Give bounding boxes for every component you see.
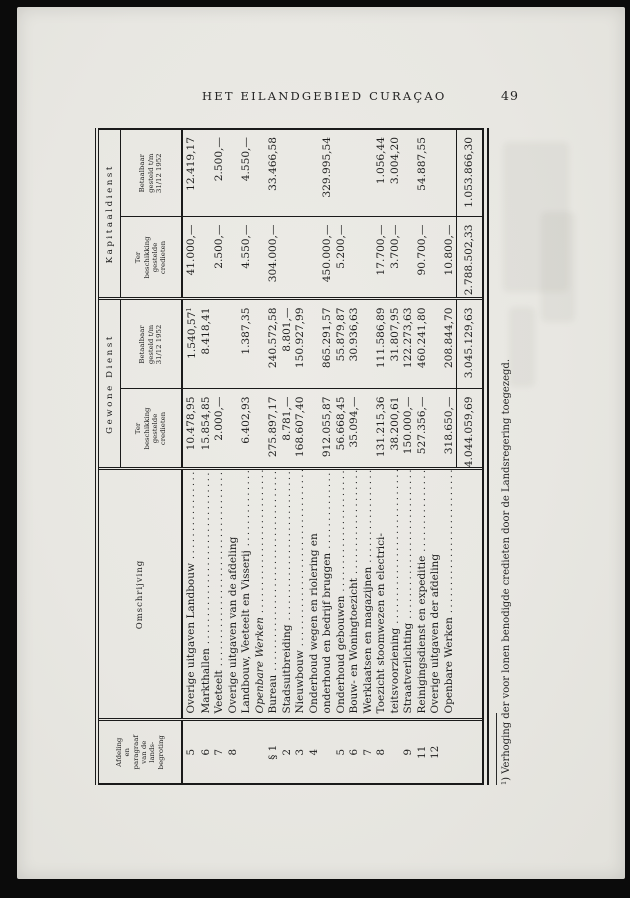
omschrijving-cell: Onderhoud gebouwen......................… xyxy=(335,469,349,720)
total-kapitaal-betaalbaar: 1.053.866,30 xyxy=(457,129,486,217)
amount-cell-gewone-betaalbaar: 208.844,70 xyxy=(443,299,457,389)
column-header-kapitaal-ter-beschikking: Ter beschikking gestelde credieten xyxy=(121,217,183,299)
amount-cell-gewone-betaalbaar: 30.936,63 xyxy=(348,299,362,389)
table-row: 5Overige uitgaven Landbouw..............… xyxy=(182,129,200,784)
afdeling-cell xyxy=(443,720,457,784)
table-row: § 1Bureau...............................… xyxy=(267,129,281,784)
running-head-title: HET EILANDGEBIED CURAÇAO xyxy=(202,89,542,103)
amount-cell-gewone-ter-beschikking: 168.607,40 xyxy=(294,389,308,469)
amount-cell-gewone-ter-beschikking: 912.055,87 xyxy=(321,389,335,469)
amount-cell-kapitaal-betaalbaar xyxy=(362,129,376,217)
table-row: Landbouw, Veeteelt en Visserij..........… xyxy=(240,129,254,784)
table-row: 4Onderhoud wegen en riolering en xyxy=(308,129,322,784)
table-row: 6Bouw- en Woningtoezicht................… xyxy=(348,129,362,784)
bleed-through-smudge xyxy=(541,212,575,322)
amount-cell-kapitaal-ter-beschikking xyxy=(281,217,295,299)
amount-cell-kapitaal-betaalbaar xyxy=(227,129,241,217)
table-row: 2Stadsuitbreiding.......................… xyxy=(281,129,295,784)
amount-cell-gewone-ter-beschikking: 527.356,— xyxy=(416,389,430,469)
amount-cell-kapitaal-betaalbaar xyxy=(429,129,443,217)
column-header-gewone-betaalbaar: Betaalbaar gesteld t/m 31/12 1952 xyxy=(121,299,183,389)
row-label: Onderhoud gebouwen xyxy=(335,596,349,719)
amount-cell-gewone-ter-beschikking: 6.402,93 xyxy=(240,389,254,469)
amount-cell-kapitaal-betaalbaar: 4.550,— xyxy=(240,129,254,217)
column-header-omschrijving: Omschrijving xyxy=(97,469,182,720)
omschrijving-cell: Overige uitgaven Landbouw...............… xyxy=(182,469,200,720)
amount-cell-gewone-ter-beschikking: 8.781,— xyxy=(281,389,295,469)
omschrijving-cell: Nieuwbouw...............................… xyxy=(294,469,308,720)
afdeling-cell: 2 xyxy=(281,720,295,784)
scan-background: { "page": { "header_title": "HET EILANDG… xyxy=(0,0,630,898)
total-kapitaal-ter-beschikking: 2.788.502,33 xyxy=(457,217,486,299)
amount-cell-gewone-betaalbaar xyxy=(362,299,376,389)
amount-cell-kapitaal-betaalbaar xyxy=(348,129,362,217)
amount-cell-kapitaal-betaalbaar xyxy=(200,129,214,217)
afdeling-cell: 3 xyxy=(294,720,308,784)
amount-cell-kapitaal-ter-beschikking: 90.700,— xyxy=(416,217,430,299)
row-label: Werklaatsen en magazijnen xyxy=(362,567,376,719)
dotted-leader: ........................................… xyxy=(335,471,349,596)
amount-cell-gewone-ter-beschikking: 35.094,— xyxy=(348,389,362,469)
table-row: 3Nieuwbouw..............................… xyxy=(294,129,308,784)
amount-cell-kapitaal-ter-beschikking xyxy=(200,217,214,299)
afdeling-cell: 5 xyxy=(335,720,349,784)
amount-cell-gewone-ter-beschikking: 150.000,— xyxy=(402,389,416,469)
column-header-gewone-ter-beschikking: Ter beschikking gestelde credieten xyxy=(121,389,183,469)
row-label: Openbare Werken xyxy=(254,617,268,718)
omschrijving-cell xyxy=(457,469,486,720)
afdeling-cell: § 1 xyxy=(267,720,281,784)
amount-cell-kapitaal-ter-beschikking: 2.500,— xyxy=(213,217,227,299)
amount-cell-gewone-betaalbaar: 460.241,80 xyxy=(416,299,430,389)
column-header-kapitaal-betaalbaar: Betaalbaar gesteld t/m 31/12 1952 xyxy=(121,129,183,217)
row-label: Markthallen xyxy=(200,648,214,718)
amount-cell-gewone-ter-beschikking: 10.478,95 xyxy=(182,389,200,469)
row-label: Overige uitgaven van de afdeling xyxy=(227,537,241,719)
amount-cell-gewone-betaalbaar xyxy=(254,299,268,389)
dotted-leader: ........................................… xyxy=(254,471,268,618)
amount-cell-gewone-betaalbaar: 1.387,35 xyxy=(240,299,254,389)
amount-cell-kapitaal-betaalbaar: 54.887,55 xyxy=(416,129,430,217)
table-header: Afdeling en paragraaf van de lands- begr… xyxy=(97,129,182,784)
budget-table: Afdeling en paragraaf van de lands- begr… xyxy=(95,128,489,785)
table-row: 6Markthallen............................… xyxy=(200,129,214,784)
dotted-leader: ........................................… xyxy=(240,471,254,551)
amount-cell-kapitaal-betaalbaar: 329.995,54 xyxy=(321,129,335,217)
footnote: 1) Verhoging der voor lonen benodigde cr… xyxy=(496,130,512,785)
row-label: onderhoud en bedrijf bruggen xyxy=(321,553,335,719)
amount-cell-kapitaal-ter-beschikking xyxy=(294,217,308,299)
row-label: Veeteelt xyxy=(213,670,227,718)
afdeling-cell: 7 xyxy=(213,720,227,784)
amount-cell-kapitaal-ter-beschikking xyxy=(308,217,322,299)
amount-cell-gewone-betaalbaar: 8.801,— xyxy=(281,299,295,389)
afdeling-cell xyxy=(389,720,403,784)
amount-cell-kapitaal-ter-beschikking: 41.000,— xyxy=(182,217,200,299)
amount-cell-kapitaal-betaalbaar: 2.500,— xyxy=(213,129,227,217)
afdeling-cell: 8 xyxy=(227,720,241,784)
amount-cell-gewone-ter-beschikking xyxy=(254,389,268,469)
totals-row: 4.044.059,693.045.129,632.788.502,331.05… xyxy=(457,129,486,784)
amount-cell-kapitaal-ter-beschikking xyxy=(402,217,416,299)
amount-cell-gewone-betaalbaar xyxy=(429,299,443,389)
amount-cell-gewone-ter-beschikking xyxy=(227,389,241,469)
amount-cell-gewone-betaalbaar xyxy=(308,299,322,389)
scanned-paper-page: HET EILANDGEBIED CURAÇAO 49 Afdeling en … xyxy=(17,7,625,879)
row-label: Onderhoud wegen en riolering en xyxy=(308,533,322,718)
omschrijving-cell: Reinigingsdienst en expeditie...........… xyxy=(416,469,430,720)
amount-cell-kapitaal-betaalbaar xyxy=(402,129,416,217)
amount-cell-gewone-betaalbaar: 150.927,99 xyxy=(294,299,308,389)
table-row: onderhoud en bedrijf bruggen............… xyxy=(321,129,335,784)
row-label: Straatverlichting xyxy=(402,623,416,719)
table-row: 7Werklaatsen en magazijnen..............… xyxy=(362,129,376,784)
amount-cell-gewone-ter-beschikking xyxy=(308,389,322,469)
amount-cell-gewone-ter-beschikking xyxy=(362,389,376,469)
amount-cell-kapitaal-betaalbaar xyxy=(308,129,322,217)
amount-cell-gewone-betaalbaar: 1.540,571 xyxy=(182,299,200,389)
amount-cell-kapitaal-ter-beschikking: 304.000,— xyxy=(267,217,281,299)
dotted-leader: ........................................… xyxy=(321,471,335,553)
omschrijving-cell: Veeteelt................................… xyxy=(213,469,227,720)
table-row: 8Toezicht stoomwezen en electrici-131.21… xyxy=(375,129,389,784)
omschrijving-cell: Bureau..................................… xyxy=(267,469,281,720)
amount-cell-kapitaal-betaalbaar xyxy=(335,129,349,217)
amount-cell-gewone-betaalbaar: 55.879,87 xyxy=(335,299,349,389)
row-label: Bouw- en Woningtoezicht xyxy=(348,578,362,719)
row-label: Reinigingsdienst en expeditie xyxy=(416,556,430,719)
dotted-leader: ........................................… xyxy=(294,471,308,651)
omschrijving-cell: onderhoud en bedrijf bruggen............… xyxy=(321,469,335,720)
dotted-leader: ........................................… xyxy=(185,471,199,564)
amount-cell-kapitaal-betaalbaar: 1.056,44 xyxy=(375,129,389,217)
dotted-leader: ........................................… xyxy=(443,471,457,618)
table-row: teitsvoorziening........................… xyxy=(389,129,403,784)
afdeling-cell: 12 xyxy=(429,720,443,784)
footnote-rule xyxy=(496,713,497,785)
row-label: Openbare Werken xyxy=(443,617,457,718)
row-label: Landbouw, Veeteelt en Visserij xyxy=(240,550,254,718)
omschrijving-cell: Markthallen.............................… xyxy=(200,469,214,720)
dotted-leader: ........................................… xyxy=(416,471,430,556)
amount-cell-gewone-betaalbaar: 240.572,58 xyxy=(267,299,281,389)
afdeling-cell: 4 xyxy=(308,720,322,784)
omschrijving-cell: teitsvoorziening........................… xyxy=(389,469,403,720)
amount-cell-gewone-ter-beschikking: 15.854,85 xyxy=(200,389,214,469)
table-row: XOpenbare Werken........................… xyxy=(254,129,268,784)
amount-cell-kapitaal-ter-beschikking xyxy=(362,217,376,299)
dotted-leader: ........................................… xyxy=(402,471,416,623)
omschrijving-cell: Stadsuitbreiding........................… xyxy=(281,469,295,720)
amount-cell-kapitaal-ter-beschikking xyxy=(348,217,362,299)
afdeling-cell: 5 xyxy=(182,720,200,784)
afdeling-cell: 7 xyxy=(362,720,376,784)
row-label: Toezicht stoomwezen en electrici- xyxy=(375,533,389,718)
footnote-text: 1) Verhoging der voor lonen benodigde cr… xyxy=(501,359,512,785)
amount-cell-kapitaal-betaalbaar xyxy=(443,129,457,217)
afdeling-cell xyxy=(457,720,486,784)
total-gewone-ter-beschikking: 4.044.059,69 xyxy=(457,389,486,469)
amount-cell-gewone-betaalbaar: 8.418,41 xyxy=(200,299,214,389)
amount-cell-kapitaal-ter-beschikking: 5.200,— xyxy=(335,217,349,299)
table-body: 5Overige uitgaven Landbouw..............… xyxy=(182,129,486,784)
afdeling-cell: 6 xyxy=(348,720,362,784)
amount-cell-kapitaal-ter-beschikking: 17.700,— xyxy=(375,217,389,299)
amount-cell-gewone-betaalbaar: 865.291,57 xyxy=(321,299,335,389)
rotated-table-region: Afdeling en paragraaf van de lands- begr… xyxy=(95,130,525,785)
row-label: Overige uitgaven Landbouw xyxy=(185,563,199,718)
amount-cell-kapitaal-betaalbaar: 3.004,20 xyxy=(389,129,403,217)
row-label: Bureau xyxy=(267,675,281,719)
omschrijving-cell: Bouw- en Woningtoezicht.................… xyxy=(348,469,362,720)
afdeling-cell xyxy=(240,720,254,784)
group-header-gewone-dienst: Gewone Dienst xyxy=(97,299,121,469)
amount-cell-gewone-betaalbaar: 111.586,89 xyxy=(375,299,389,389)
row-label: Overige uitgaven der afdeling xyxy=(429,554,443,719)
table-row: 7Veeteelt...............................… xyxy=(213,129,227,784)
amount-cell-gewone-ter-beschikking: 56.668,45 xyxy=(335,389,349,469)
table-reading-frame: Afdeling en paragraaf van de lands- begr… xyxy=(95,130,525,785)
amount-cell-gewone-ter-beschikking: 131.215,36 xyxy=(375,389,389,469)
omschrijving-cell: Straatverlichting.......................… xyxy=(402,469,416,720)
row-label: Stadsuitbreiding xyxy=(281,625,295,719)
omschrijving-cell: Toezicht stoomwezen en electrici- xyxy=(375,469,389,720)
dotted-leader: ........................................… xyxy=(348,471,362,578)
afdeling-cell: 9 xyxy=(402,720,416,784)
amount-cell-kapitaal-ter-beschikking: 10.800,— xyxy=(443,217,457,299)
dotted-leader: ........................................… xyxy=(200,471,214,649)
afdeling-cell: 11 xyxy=(416,720,430,784)
table-row: 8Overige uitgaven van de afdeling xyxy=(227,129,241,784)
afdeling-cell: 6 xyxy=(200,720,214,784)
dotted-leader: ........................................… xyxy=(213,471,227,671)
amount-cell-gewone-ter-beschikking: 2.000,— xyxy=(213,389,227,469)
omschrijving-cell: Overige uitgaven der afdeling xyxy=(429,469,443,720)
amount-cell-kapitaal-betaalbaar: 33.466,58 xyxy=(267,129,281,217)
dotted-leader: ........................................… xyxy=(389,471,403,628)
amount-cell-gewone-ter-beschikking xyxy=(429,389,443,469)
dotted-leader: ........................................… xyxy=(267,471,281,675)
amount-cell-gewone-betaalbaar xyxy=(227,299,241,389)
total-gewone-betaalbaar: 3.045.129,63 xyxy=(457,299,486,389)
column-header-afdeling: Afdeling en paragraaf van de lands- begr… xyxy=(97,720,182,784)
amount-cell-kapitaal-ter-beschikking xyxy=(429,217,443,299)
amount-cell-kapitaal-betaalbaar xyxy=(281,129,295,217)
dotted-leader: ........................................… xyxy=(362,471,376,567)
omschrijving-cell: Openbare Werken.........................… xyxy=(254,469,268,720)
table-row: 9Straatverlichting......................… xyxy=(402,129,416,784)
page-number: 49 xyxy=(501,88,519,103)
amount-cell-gewone-betaalbaar: 122.273,63 xyxy=(402,299,416,389)
amount-cell-kapitaal-ter-beschikking: 4.550,— xyxy=(240,217,254,299)
amount-cell-kapitaal-betaalbaar: 12.419,17 xyxy=(182,129,200,217)
amount-cell-gewone-betaalbaar xyxy=(213,299,227,389)
amount-cell-kapitaal-ter-beschikking: 3.700,— xyxy=(389,217,403,299)
amount-cell-gewone-ter-beschikking: 318.650,— xyxy=(443,389,457,469)
table-row: 11Reinigingsdienst en expeditie.........… xyxy=(416,129,430,784)
omschrijving-cell: Openbare Werken.........................… xyxy=(443,469,457,720)
amount-cell-gewone-ter-beschikking: 38.200,61 xyxy=(389,389,403,469)
group-header-kapitaaldienst: Kapitaaldienst xyxy=(97,129,121,299)
table-row: 12Overige uitgaven der afdeling xyxy=(429,129,443,784)
omschrijving-cell: Onderhoud wegen en riolering en xyxy=(308,469,322,720)
row-label: Nieuwbouw xyxy=(294,650,308,718)
amount-cell-gewone-ter-beschikking: 275.897,17 xyxy=(267,389,281,469)
dotted-leader: ........................................… xyxy=(281,471,295,625)
omschrijving-cell: Werklaatsen en magazijnen...............… xyxy=(362,469,376,720)
row-label: teitsvoorziening xyxy=(389,628,403,719)
afdeling-cell xyxy=(321,720,335,784)
afdeling-cell: X xyxy=(254,720,268,784)
amount-cell-kapitaal-betaalbaar xyxy=(254,129,268,217)
amount-cell-kapitaal-ter-beschikking: 450.000,— xyxy=(321,217,335,299)
amount-cell-kapitaal-ter-beschikking xyxy=(254,217,268,299)
omschrijving-cell: Overige uitgaven van de afdeling xyxy=(227,469,241,720)
table-row: 5Onderhoud gebouwen.....................… xyxy=(335,129,349,784)
table-row: Openbare Werken.........................… xyxy=(443,129,457,784)
afdeling-cell: 8 xyxy=(375,720,389,784)
amount-cell-kapitaal-ter-beschikking xyxy=(227,217,241,299)
amount-cell-gewone-betaalbaar: 31.807,95 xyxy=(389,299,403,389)
amount-cell-kapitaal-betaalbaar xyxy=(294,129,308,217)
omschrijving-cell: Landbouw, Veeteelt en Visserij..........… xyxy=(240,469,254,720)
